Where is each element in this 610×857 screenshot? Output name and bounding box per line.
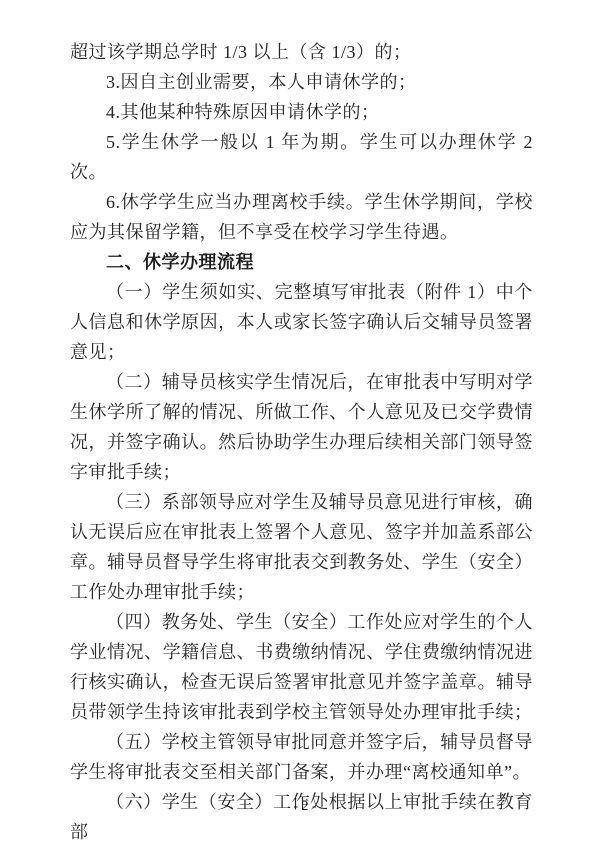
process-step-2: （二）辅导员核实学生情况后，在审批表中写明对学生休学所了解的情况、所做工作、个人… [70,367,533,487]
process-step-5: （五）学校主管领导审批同意并签字后，辅导员督导学生将审批表交至相关部门备案，并办… [70,727,533,787]
process-step-4: （四）教务处、学生（安全）工作处应对学生的个人学业情况、学籍信息、书费缴纳情况、… [70,607,533,727]
process-step-1: （一）学生须如实、完整填写审批表（附件 1）中个人信息和休学原因，本人或家长签字… [70,277,533,367]
document-page: 超过该学期总学时 1/3 以上（含 1/3）的； 3.因自主创业需要，本人申请休… [0,0,610,857]
process-step-6: （六）学生（安全）工作处根据以上审批手续在教育部 [70,787,533,847]
list-item-6: 6.休学学生应当办理离校手续。学生休学期间，学校应为其保留学籍，但不享受在校学习… [70,187,533,247]
section-heading-process: 二、休学办理流程 [70,247,533,277]
list-item-3: 3.因自主创业需要，本人申请休学的； [70,67,533,97]
page-footer: - 2 - [0,797,610,817]
list-item-5: 5.学生休学一般以 1 年为期。学生可以办理休学 2 次。 [70,127,533,187]
paragraph-continuation: 超过该学期总学时 1/3 以上（含 1/3）的； [70,37,533,67]
document-body: 超过该学期总学时 1/3 以上（含 1/3）的； 3.因自主创业需要，本人申请休… [70,37,533,847]
list-item-4: 4.其他某种特殊原因申请休学的； [70,97,533,127]
page-number: - 2 - [293,799,316,814]
process-step-3: （三）系部领导应对学生及辅导员意见进行审核，确认无误后应在审批表上签署个人意见、… [70,487,533,607]
